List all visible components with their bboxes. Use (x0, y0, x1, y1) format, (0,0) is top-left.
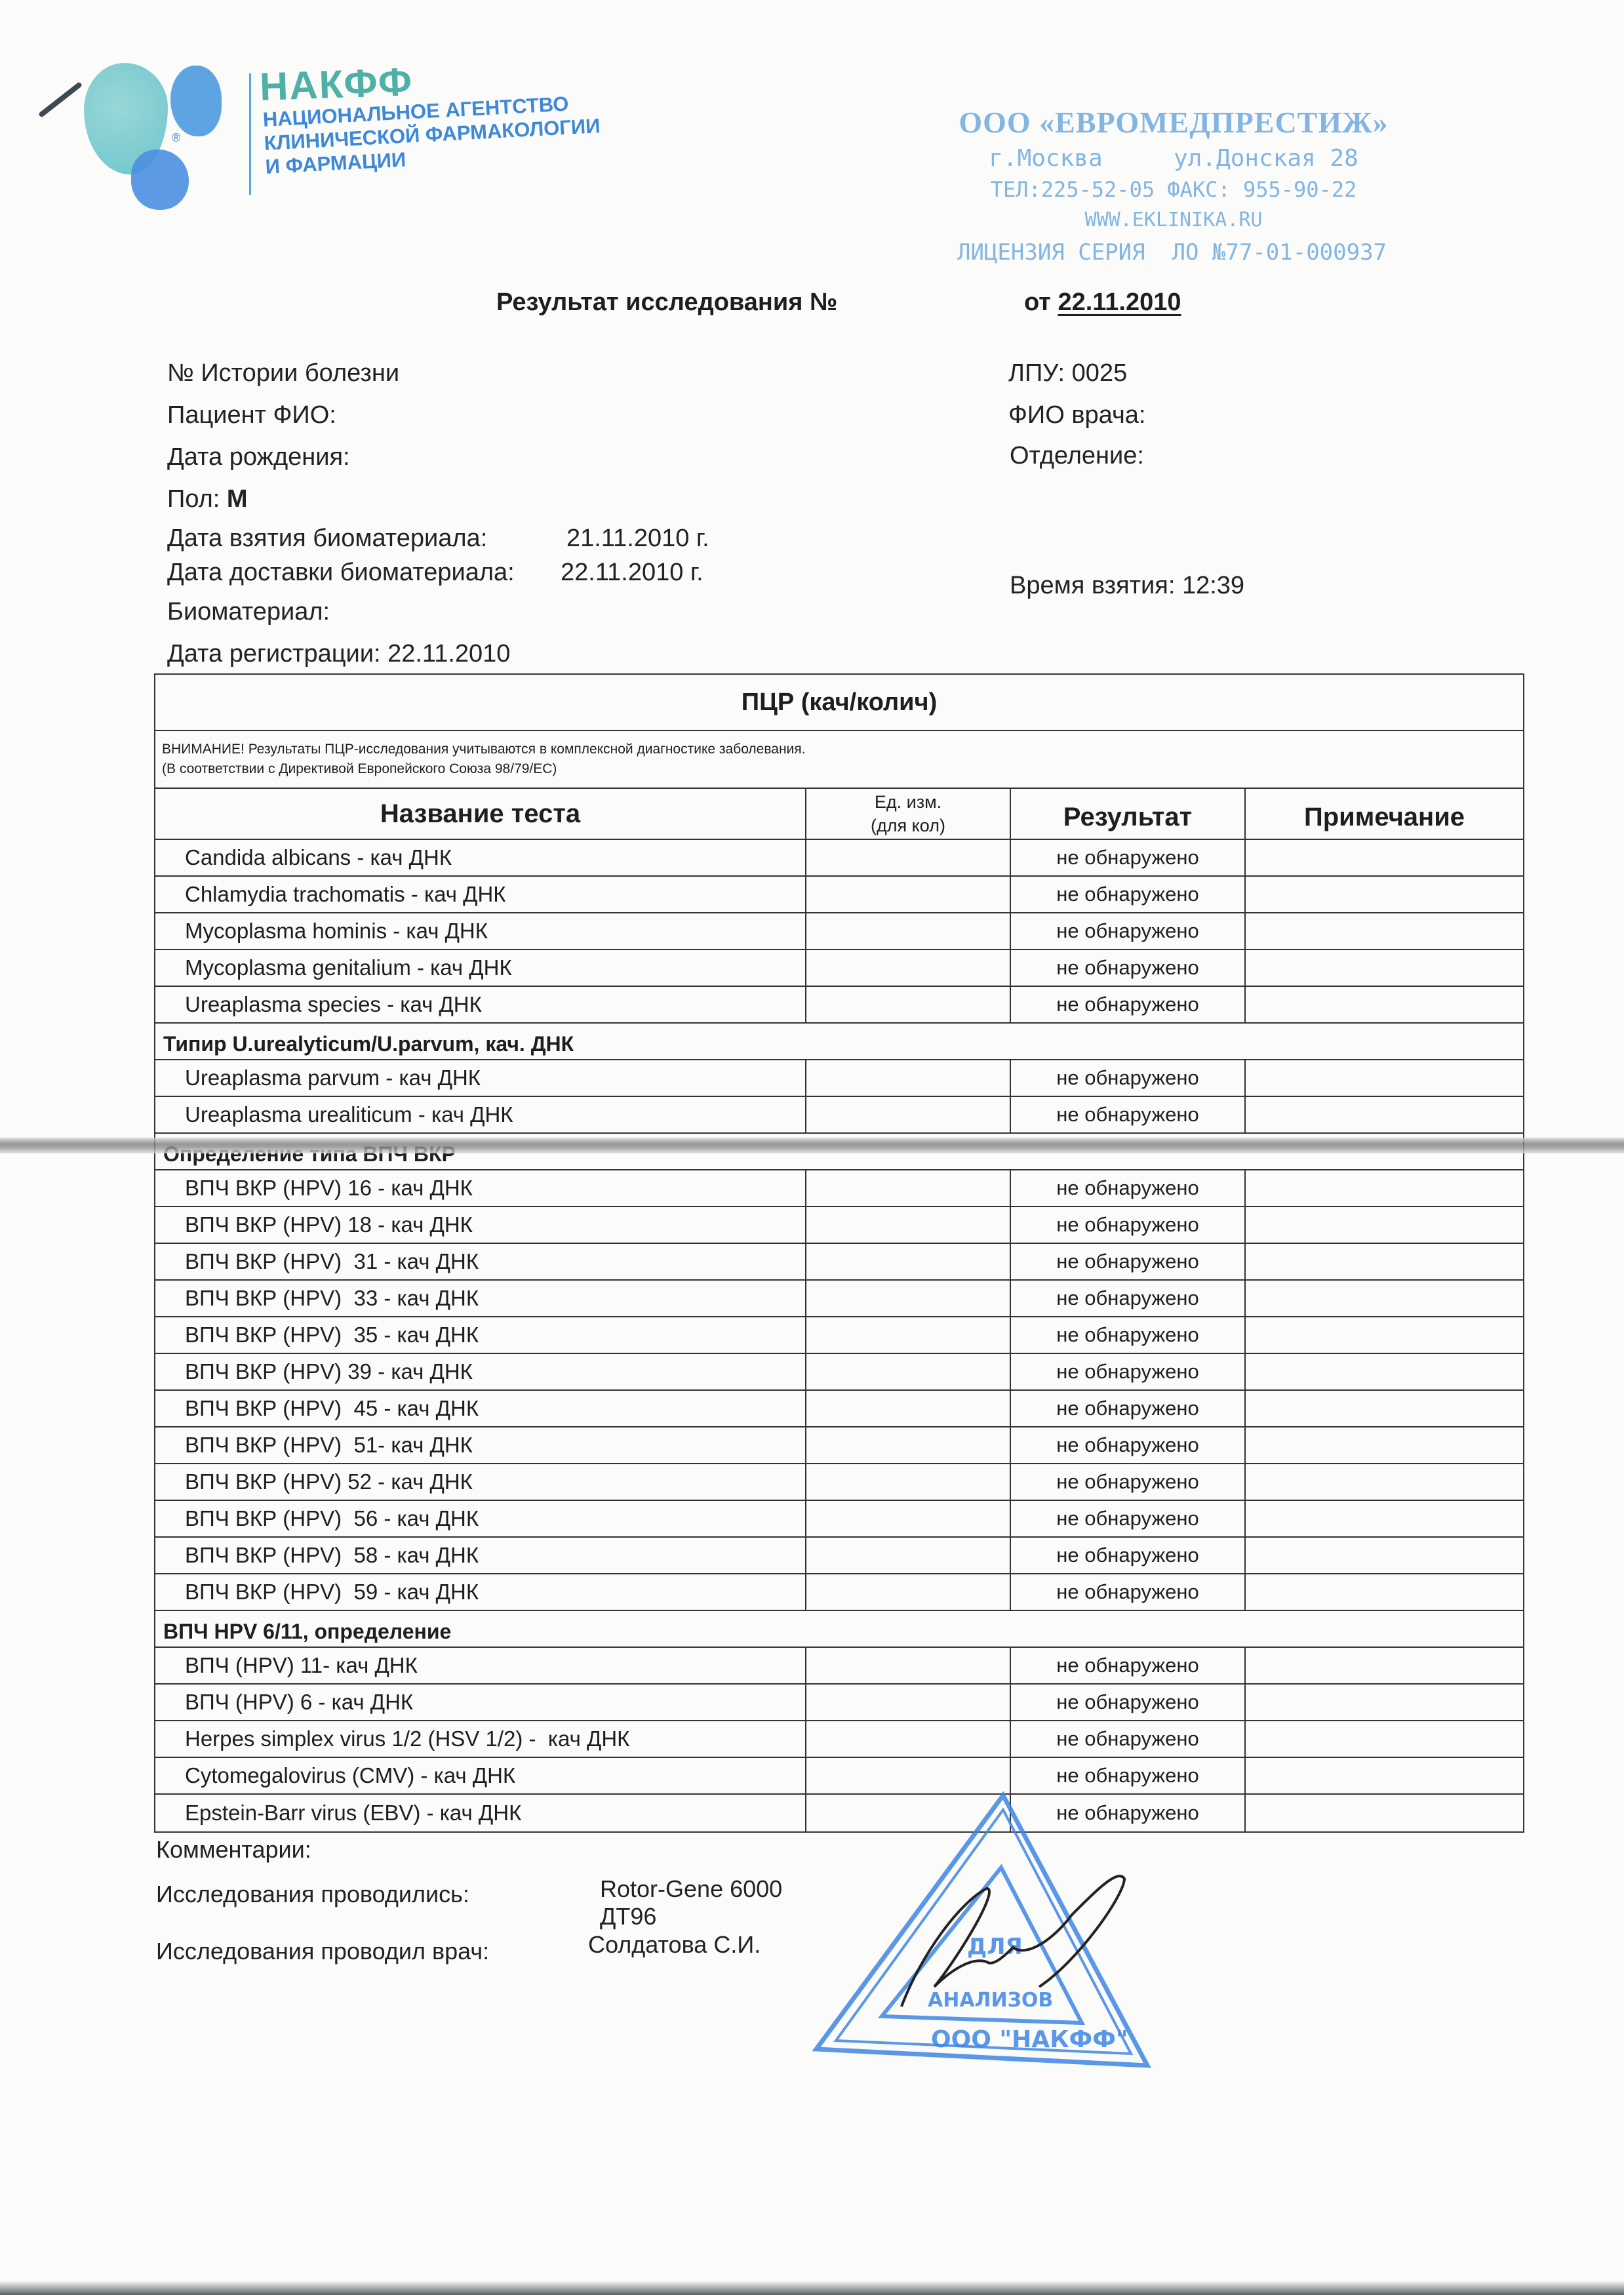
note-cell (1246, 1538, 1523, 1573)
sample-date-value: 21.11.2010 г. (566, 525, 709, 553)
test-name-cell: Cytomegalovirus (CMV) - кач ДНК (155, 1758, 806, 1793)
test-name-cell: Mycoplasma genitalium - кач ДНК (155, 950, 806, 986)
department-label: Отделение: (1010, 442, 1144, 470)
note-cell (1246, 1648, 1523, 1683)
test-name-cell: Mycoplasma hominis - кач ДНК (155, 913, 806, 949)
result-cell: не обнаружено (1011, 1538, 1246, 1573)
seal-outer-border (816, 1795, 1147, 2065)
performing-doctor-label: Исследования проводил врач: (156, 1938, 489, 1965)
triangle-seal-stamp: ДЛЯ АНАЛИЗОВ ООО "НАКФФ" (790, 1790, 1157, 2079)
test-name-cell: Epstein-Barr virus (EBV) - кач ДНК (155, 1795, 806, 1831)
note-cell (1246, 1244, 1523, 1279)
logo-shape-blue (170, 66, 222, 136)
equipment-label: Исследования проводились: (156, 1881, 469, 1908)
header-note: Примечание (1246, 789, 1523, 839)
result-cell: не обнаружено (1011, 1097, 1246, 1132)
table-row: ВПЧ ВКР (HPV) 31 - кач ДНКне обнаружено (155, 1244, 1523, 1281)
header-unit: Ед. изм. (для кол) (806, 789, 1011, 839)
result-cell: не обнаружено (1011, 1317, 1246, 1353)
table-row: ВПЧ ВКР (HPV) 56 - кач ДНКне обнаружено (155, 1501, 1523, 1538)
unit-cell (806, 877, 1011, 912)
unit-cell (806, 1538, 1011, 1573)
note-cell (1246, 877, 1523, 912)
unit-cell (806, 1391, 1011, 1426)
result-cell: не обнаружено (1011, 1170, 1246, 1206)
header-result: Результат (1011, 789, 1246, 839)
table-row: ВПЧ (HPV) 6 - кач ДНКне обнаружено (155, 1685, 1523, 1721)
test-name-cell: Herpes simplex virus 1/2 (HSV 1/2) - кач… (155, 1721, 806, 1757)
table-row: ВПЧ ВКР (HPV) 35 - кач ДНКне обнаружено (155, 1317, 1523, 1354)
table-warning: ВНИМАНИЕ! Результаты ПЦР-исследования уч… (155, 731, 1523, 789)
sex-field: Пол: М (167, 485, 248, 513)
delivery-date-value: 22.11.2010 г. (561, 559, 703, 587)
table-row: Mycoplasma genitalium - кач ДНКне обнару… (155, 950, 1523, 987)
unit-cell (806, 1721, 1011, 1757)
note-cell (1246, 1464, 1523, 1500)
table-row: ВПЧ ВКР (HPV) 39 - кач ДНКне обнаружено (155, 1354, 1523, 1391)
unit-cell (806, 1501, 1011, 1536)
result-cell: не обнаружено (1011, 987, 1246, 1022)
table-row: ВПЧ ВКР (HPV) 33 - кач ДНКне обнаружено (155, 1281, 1523, 1317)
result-cell: не обнаружено (1011, 1060, 1246, 1096)
result-cell: не обнаружено (1011, 950, 1246, 986)
stamp-website: WWW.EKLINIKA.RU (944, 209, 1403, 231)
unit-cell (806, 1097, 1011, 1132)
result-cell: не обнаружено (1011, 1464, 1246, 1500)
test-name-cell: ВПЧ ВКР (HPV) 18 - кач ДНК (155, 1207, 806, 1243)
note-cell (1246, 1721, 1523, 1757)
note-cell (1246, 1207, 1523, 1243)
table-row: Candida albicans - кач ДНКне обнаружено (155, 840, 1523, 877)
paper-fold-crease (0, 1138, 1624, 1153)
table-row: ВПЧ ВКР (HPV) 59 - кач ДНКне обнаружено (155, 1574, 1523, 1611)
test-name-cell: ВПЧ ВКР (HPV) 52 - кач ДНК (155, 1464, 806, 1500)
test-name-cell: ВПЧ (HPV) 11- кач ДНК (155, 1648, 806, 1683)
result-cell: не обнаружено (1011, 1758, 1246, 1793)
unit-cell (806, 1574, 1011, 1610)
header-test-name: Название теста (155, 789, 806, 839)
table-section-header: Типир U.urealyticum/U.parvum, кач. ДНК (155, 1024, 1523, 1060)
seal-center-line2: АНАЛИЗОВ (928, 1989, 1053, 2012)
note-cell (1246, 1281, 1523, 1316)
unit-cell (806, 1207, 1011, 1243)
test-name-cell: Ureaplasma urealiticum - кач ДНК (155, 1097, 806, 1132)
unit-cell (806, 1317, 1011, 1353)
scan-edge (0, 2281, 1624, 2295)
seal-bottom-text: ООО "НАКФФ" (931, 2026, 1128, 2053)
note-cell (1246, 840, 1523, 875)
test-name-cell: Chlamydia trachomatis - кач ДНК (155, 877, 806, 912)
result-cell: не обнаружено (1011, 1354, 1246, 1389)
note-cell (1246, 1427, 1523, 1463)
note-cell (1246, 913, 1523, 949)
note-cell (1246, 1060, 1523, 1096)
unit-cell (806, 1281, 1011, 1316)
unit-cell (806, 1060, 1011, 1096)
unit-cell (806, 1685, 1011, 1720)
sample-time-value: 12:39 (1182, 572, 1244, 599)
result-cell: не обнаружено (1011, 913, 1246, 949)
comments-label: Комментарии: (156, 1836, 311, 1864)
table-row: ВПЧ ВКР (HPV) 18 - кач ДНКне обнаружено (155, 1207, 1523, 1244)
table-row: ВПЧ (HPV) 11- кач ДНКне обнаружено (155, 1648, 1523, 1685)
unit-cell (806, 950, 1011, 986)
table-row: Cytomegalovirus (CMV) - кач ДНКне обнару… (155, 1758, 1523, 1795)
note-cell (1246, 1170, 1523, 1206)
table-row: Mycoplasma hominis - кач ДНКне обнаружен… (155, 913, 1523, 950)
lpu-value: 0025 (1072, 359, 1128, 387)
sample-date-label: Дата взятия биоматериала: (167, 525, 487, 553)
test-name-cell: ВПЧ ВКР (HPV) 31 - кач ДНК (155, 1244, 806, 1279)
table-header-row: Название теста Ед. изм. (для кол) Резуль… (155, 789, 1523, 840)
table-title: ПЦР (кач/колич) (155, 675, 1523, 731)
logo-shape-blue (131, 150, 189, 210)
unit-cell (806, 1648, 1011, 1683)
result-cell: не обнаружено (1011, 1427, 1246, 1463)
registration-date-value: 22.11.2010 (387, 640, 510, 668)
unit-cell (806, 1244, 1011, 1279)
test-name-cell: ВПЧ ВКР (HPV) 16 - кач ДНК (155, 1170, 806, 1206)
table-body: Candida albicans - кач ДНКне обнаруженоC… (155, 840, 1523, 1831)
note-cell (1246, 1685, 1523, 1720)
note-cell (1246, 1574, 1523, 1610)
unit-cell (806, 1354, 1011, 1389)
delivery-date-label: Дата доставки биоматериала: (167, 559, 515, 587)
note-cell (1246, 1391, 1523, 1426)
table-row: ВПЧ ВКР (HPV) 52 - кач ДНКне обнаружено (155, 1464, 1523, 1501)
result-cell: не обнаружено (1011, 840, 1246, 875)
test-name-cell: ВПЧ ВКР (HPV) 59 - кач ДНК (155, 1574, 806, 1610)
logo-divider (249, 73, 251, 195)
table-row: Ureaplasma urealiticum - кач ДНКне обнар… (155, 1097, 1523, 1134)
stamp-phones: ТЕЛ:225-52-05 ФАКС: 955-90-22 (944, 177, 1403, 202)
test-name-cell: ВПЧ ВКР (HPV) 58 - кач ДНК (155, 1538, 806, 1573)
stamp-license: ЛИЦЕНЗИЯ СЕРИЯ ЛО №77-01-000937 (944, 239, 1403, 266)
birth-date-label: Дата рождения: (167, 443, 350, 471)
result-cell: не обнаружено (1011, 1281, 1246, 1316)
stamp-address: г.Москва ул.Донская 28 (944, 145, 1403, 172)
equipment-value-2: ДТ96 (600, 1903, 656, 1930)
note-cell (1246, 1501, 1523, 1536)
history-number-label: № Истории болезни (167, 359, 399, 388)
note-cell (1246, 987, 1523, 1022)
performing-doctor-name: Солдатова С.И. (588, 1931, 761, 1959)
result-cell: не обнаружено (1011, 1207, 1246, 1243)
pen-mark (38, 81, 83, 118)
table-row: Ureaplasma parvum - кач ДНКне обнаружено (155, 1060, 1523, 1097)
note-cell (1246, 1758, 1523, 1793)
unit-cell (806, 987, 1011, 1022)
test-name-cell: ВПЧ ВКР (HPV) 39 - кач ДНК (155, 1354, 806, 1389)
test-name-cell: ВПЧ (HPV) 6 - кач ДНК (155, 1685, 806, 1720)
note-cell (1246, 950, 1523, 986)
note-cell (1246, 1354, 1523, 1389)
unit-cell (806, 913, 1011, 949)
result-cell: не обнаружено (1011, 1685, 1246, 1720)
table-row: ВПЧ ВКР (HPV) 45 - кач ДНКне обнаружено (155, 1391, 1523, 1427)
doctor-name-label: ФИО врача: (1008, 401, 1145, 429)
document-title: Результат исследования № (496, 289, 837, 317)
result-cell: не обнаружено (1011, 1391, 1246, 1426)
results-table: ПЦР (кач/колич) ВНИМАНИЕ! Результаты ПЦР… (154, 673, 1524, 1833)
unit-cell (806, 1170, 1011, 1206)
unit-cell (806, 1427, 1011, 1463)
note-cell (1246, 1795, 1523, 1831)
result-cell: не обнаружено (1011, 1501, 1246, 1536)
test-name-cell: ВПЧ ВКР (HPV) 33 - кач ДНК (155, 1281, 806, 1316)
table-row: Chlamydia trachomatis - кач ДНКне обнару… (155, 877, 1523, 913)
note-cell (1246, 1317, 1523, 1353)
sex-value: М (227, 485, 248, 513)
document-date: от 22.11.2010 (1024, 289, 1181, 317)
registered-mark-icon: ® (172, 131, 180, 145)
result-cell: не обнаружено (1011, 1721, 1246, 1757)
result-cell: не обнаружено (1011, 1244, 1246, 1279)
registration-date-field: Дата регистрации: 22.11.2010 (167, 640, 510, 668)
test-name-cell: Candida albicans - кач ДНК (155, 840, 806, 875)
stamp-company-name: ООО «ЕВРОМЕДПРЕСТИЖ» (944, 105, 1403, 140)
table-row: ВПЧ ВКР (HPV) 16 - кач ДНКне обнаружено (155, 1170, 1523, 1207)
test-name-cell: Ureaplasma species - кач ДНК (155, 987, 806, 1022)
result-cell: не обнаружено (1011, 877, 1246, 912)
unit-cell (806, 1464, 1011, 1500)
note-cell (1246, 1097, 1523, 1132)
test-name-cell: Ureaplasma parvum - кач ДНК (155, 1060, 806, 1096)
result-cell: не обнаружено (1011, 1574, 1246, 1610)
test-name-cell: ВПЧ ВКР (HPV) 45 - кач ДНК (155, 1391, 806, 1426)
equipment-value-1: Rotor-Gene 6000 (600, 1875, 782, 1903)
company-stamp: ООО «ЕВРОМЕДПРЕСТИЖ» г.Москва ул.Донская… (944, 105, 1403, 266)
table-row: Herpes simplex virus 1/2 (HSV 1/2) - кач… (155, 1721, 1523, 1758)
table-row: ВПЧ ВКР (HPV) 51- кач ДНКне обнаружено (155, 1427, 1523, 1464)
document-date-value: 22.11.2010 (1058, 289, 1181, 316)
test-name-cell: ВПЧ ВКР (HPV) 51- кач ДНК (155, 1427, 806, 1463)
sample-time-field: Время взятия: 12:39 (1010, 572, 1244, 600)
result-cell: не обнаружено (1011, 1648, 1246, 1683)
unit-cell (806, 840, 1011, 875)
table-section-header: ВПЧ HPV 6/11, определение (155, 1611, 1523, 1648)
table-row: ВПЧ ВКР (HPV) 58 - кач ДНКне обнаружено (155, 1538, 1523, 1574)
patient-name-label: Пациент ФИО: (167, 401, 336, 429)
test-name-cell: ВПЧ ВКР (HPV) 56 - кач ДНК (155, 1501, 806, 1536)
test-name-cell: ВПЧ ВКР (HPV) 35 - кач ДНК (155, 1317, 806, 1353)
unit-cell (806, 1758, 1011, 1793)
table-row: Ureaplasma species - кач ДНКне обнаружен… (155, 987, 1523, 1024)
lpu-field: ЛПУ: 0025 (1008, 359, 1127, 388)
biomaterial-label: Биоматериал: (167, 598, 330, 626)
